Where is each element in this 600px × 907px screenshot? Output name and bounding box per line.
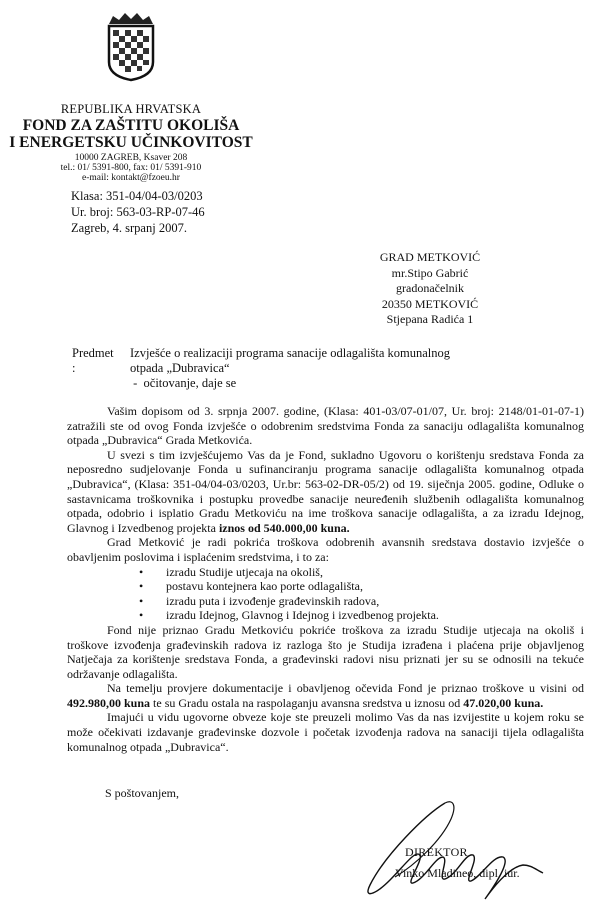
- paragraph-request-info: Imajući u vidu ugovorne obveze koje ste …: [67, 710, 584, 754]
- letterhead-country: REPUBLIKA HRVATSKA: [0, 103, 262, 116]
- recipient-line: 20350 METKOVIĆ: [355, 297, 505, 313]
- amount-approved: iznos od 540.000,00 kuna.: [219, 521, 350, 535]
- paragraph-text: te su Gradu ostala na raspolaganju avans…: [150, 696, 463, 710]
- list-item: izradu Studije utjecaja na okoliš,: [139, 565, 584, 580]
- closing-greeting: S poštovanjem,: [105, 786, 179, 801]
- paragraph-report: Grad Metković je radi pokrića troškova o…: [67, 535, 584, 564]
- signatory-title: DIREKTOR: [405, 845, 468, 860]
- letterhead-org-line1: FOND ZA ZAŠTITU OKOLIŠA: [0, 118, 262, 134]
- list-item: izradu Idejnog, Glavnog i Idejnog i izve…: [139, 608, 584, 623]
- amount-recognized: 492.980,00 kuna: [67, 696, 150, 710]
- recipient-line: Stjepana Radića 1: [355, 312, 505, 328]
- paragraph-request: Vašim dopisom od 3. srpnja 2007. godine,…: [67, 404, 584, 448]
- signatory-name: Vinko Mladineo, dipl. iur.: [395, 866, 520, 881]
- reference-ur-broj: Ur. broj: 563-03-RP-07-46: [71, 206, 205, 219]
- recipient-line: gradonačelnik: [355, 281, 505, 297]
- paragraph-contract: U svezi s tim izvješćujemo Vas da je Fon…: [67, 448, 584, 536]
- subject-line: Izvješće o realizaciji programa sanacije…: [130, 346, 550, 361]
- reference-klasa: Klasa: 351-04/04-03/0203: [71, 190, 203, 203]
- subject-text: Izvješće o realizaciji programa sanacije…: [130, 346, 550, 391]
- subject-line: otpada „Dubravica“: [130, 361, 550, 376]
- list-item: postavu kontejnera kao porte odlagališta…: [139, 579, 584, 594]
- recipient-block: GRAD METKOVIĆ mr.Stipo Gabrić gradonačel…: [355, 250, 505, 328]
- amount-remaining: 47.020,00 kuna.: [463, 696, 543, 710]
- paragraph-rejection: Fond nije priznao Gradu Metkoviću pokrić…: [67, 623, 584, 681]
- letterhead-org-line2: I ENERGETSKU UČINKOVITOST: [0, 135, 262, 151]
- recipient-line: GRAD METKOVIĆ: [355, 250, 505, 266]
- list-item: izradu puta i izvođenje građevinskih rad…: [139, 594, 584, 609]
- letter-body: Vašim dopisom od 3. srpnja 2007. godine,…: [67, 404, 584, 754]
- letterhead-email: e-mail: kontakt@fzoeu.hr: [0, 174, 262, 184]
- coat-of-arms-icon: [105, 10, 157, 82]
- subject-line: - očitovanje, daje se: [130, 376, 550, 391]
- recipient-line: mr.Stipo Gabrić: [355, 266, 505, 282]
- reference-date: Zagreb, 4. srpanj 2007.: [71, 222, 187, 235]
- work-list: izradu Studije utjecaja na okoliš, posta…: [67, 565, 584, 623]
- paragraph-text: Na temelju provjere dokumentacije i obav…: [107, 681, 584, 695]
- paragraph-recognized: Na temelju provjere dokumentacije i obav…: [67, 681, 584, 710]
- subject-label: Predmet :: [72, 346, 114, 376]
